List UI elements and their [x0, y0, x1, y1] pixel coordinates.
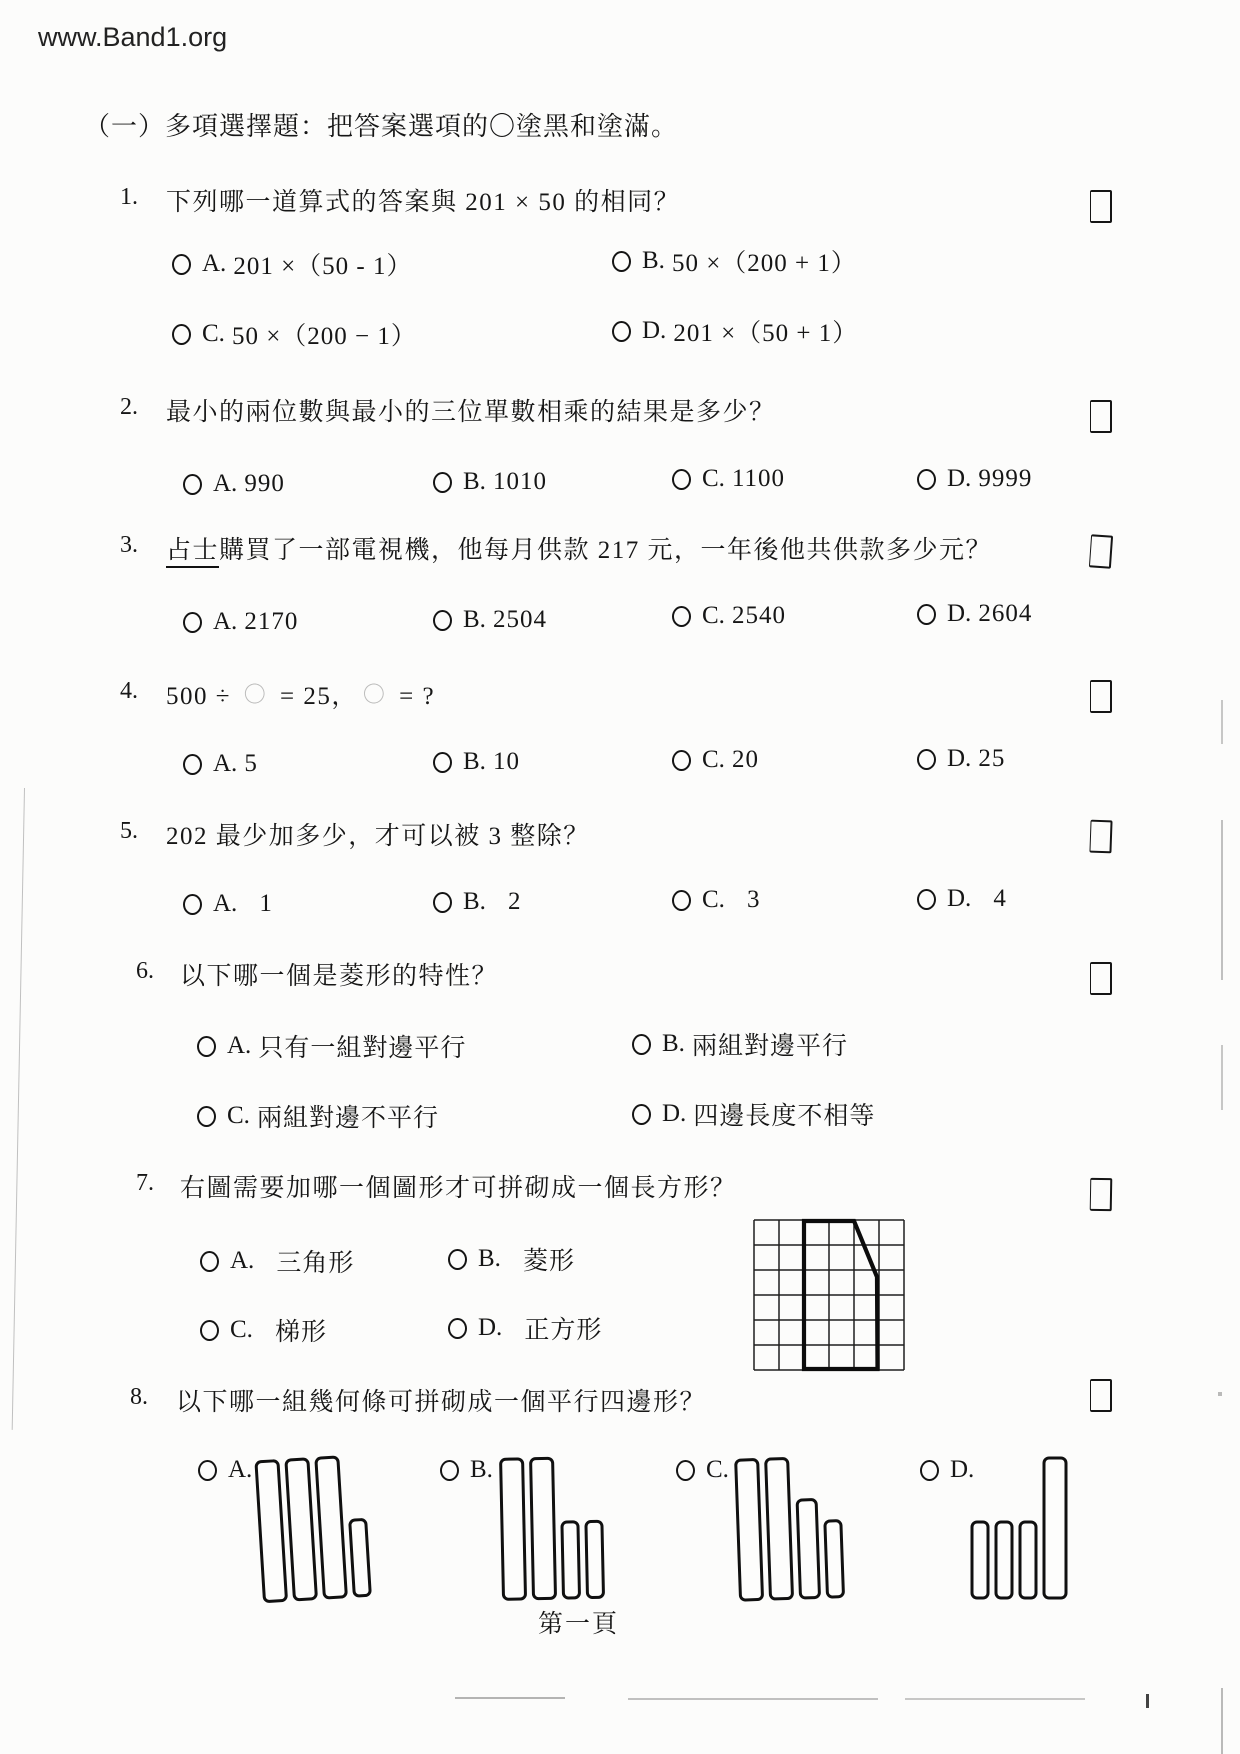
bubble-icon[interactable] [612, 321, 631, 342]
bubble-icon[interactable] [632, 1104, 651, 1125]
scan-artifact-tick [1146, 1694, 1149, 1708]
q6-option-c[interactable]: C. 兩組對邊不平行 [197, 1098, 439, 1134]
q2-option-b[interactable]: B. 1010 [433, 468, 547, 496]
question-2-text: 最小的兩位數與最小的三位單數相乘的結果是多少？ [166, 392, 776, 428]
option-text: 10 [493, 748, 520, 776]
option-label: C. [230, 1316, 253, 1344]
q7-option-c[interactable]: C. 梯形 [200, 1312, 327, 1348]
q7-option-d[interactable]: D. 正方形 [448, 1310, 602, 1346]
option-text: 四邊長度不相等 [693, 1096, 875, 1132]
bubble-icon[interactable] [920, 1460, 939, 1481]
bubble-icon[interactable] [172, 324, 191, 345]
bubble-icon[interactable] [183, 894, 202, 915]
q3-option-d[interactable]: D. 2604 [917, 600, 1032, 628]
option-label: C. [702, 746, 725, 774]
scan-artifact-bottom-line [628, 1698, 878, 1700]
bubble-icon[interactable] [448, 1249, 467, 1270]
q4-option-b[interactable]: B. 10 [433, 748, 520, 776]
q4-option-d[interactable]: D. 25 [917, 745, 1005, 773]
eq-part: = ? [391, 683, 435, 710]
question-1-text: 下列哪一道算式的答案與 201 × 50 的相同？ [166, 182, 680, 218]
q2-option-a[interactable]: A. 990 [183, 470, 285, 498]
option-label: A. [213, 470, 237, 498]
option-label: A. [228, 1456, 252, 1484]
q4-option-a[interactable]: A. 5 [183, 750, 258, 778]
answer-box-q1[interactable] [1090, 190, 1112, 223]
bubble-icon[interactable] [197, 1106, 216, 1127]
option-label: A. [213, 608, 237, 636]
q1-option-d[interactable]: D. 201 ×（50 + 1） [612, 313, 858, 349]
bubble-icon[interactable] [433, 472, 452, 493]
option-text: 201 ×（50 - 1） [233, 246, 412, 282]
scan-artifact-right-edge [1221, 820, 1223, 980]
option-text: 兩組對邊平行 [692, 1026, 848, 1062]
answer-box-q2[interactable] [1090, 400, 1112, 433]
bubble-icon[interactable] [672, 469, 691, 490]
option-text: 菱形 [523, 1241, 575, 1277]
option-text: 4 [993, 885, 1007, 913]
option-text: 25 [978, 745, 1005, 773]
option-label: A. [227, 1032, 251, 1060]
option-text: 50 ×（200 − 1） [232, 316, 417, 352]
q6-option-b[interactable]: B. 兩組對邊平行 [632, 1026, 848, 1062]
question-8-text: 以下哪一組幾何條可拼砌成一個平行四邊形？ [176, 1382, 706, 1418]
watermark-url: www.Band1.org [38, 22, 227, 53]
q8-option-b[interactable]: B. [440, 1456, 500, 1484]
grid-figure [750, 1216, 908, 1374]
question-8-number: 8. [130, 1384, 148, 1411]
question-3-text: 占士購買了一部電視機，他每月供款 217 元，一年後他共供款多少元？ [166, 530, 992, 566]
bubble-icon[interactable] [917, 604, 936, 625]
option-text: 1010 [493, 468, 547, 496]
option-label: A. [230, 1247, 254, 1275]
option-text: 201 ×（50 + 1） [673, 313, 858, 349]
option-label: A. [202, 250, 226, 278]
answer-box-q3[interactable] [1089, 534, 1113, 568]
q1-option-a[interactable]: A. 201 ×（50 - 1） [172, 246, 413, 282]
option-text: 只有一組對邊平行 [258, 1028, 466, 1064]
page-number: 第一頁 [538, 1604, 619, 1640]
option-label: B. [470, 1456, 493, 1484]
strips-figure-b [498, 1449, 631, 1604]
q5-option-a[interactable]: A. 1 [183, 890, 273, 918]
q6-option-a[interactable]: A. 只有一組對邊平行 [197, 1028, 466, 1064]
bubble-icon[interactable] [440, 1460, 459, 1481]
bubble-icon[interactable] [917, 469, 936, 490]
scan-artifact-bottom-line [905, 1698, 1085, 1700]
question-5-text: 202 最少加多少，才可以被 3 整除？ [166, 816, 590, 852]
bubble-icon[interactable] [433, 752, 452, 773]
strips-figure-c [733, 1448, 868, 1604]
option-text: 1100 [732, 465, 785, 493]
q1-option-b[interactable]: B. 50 ×（200 + 1） [612, 243, 857, 279]
scan-artifact-left-line [12, 788, 26, 1430]
q3-option-b[interactable]: B. 2504 [433, 606, 547, 634]
faded-blank-circle: 〇 [244, 678, 268, 709]
answer-box-q8[interactable] [1090, 1379, 1112, 1412]
question-4-number: 4. [120, 678, 138, 705]
q8-option-c[interactable]: C. [676, 1456, 736, 1484]
option-text: 2170 [244, 608, 298, 636]
q1-option-c[interactable]: C. 50 ×（200 − 1） [172, 316, 417, 352]
option-label: B. [662, 1030, 685, 1058]
option-text: 正方形 [524, 1310, 602, 1346]
option-label: B. [463, 468, 486, 496]
bubble-icon[interactable] [672, 890, 691, 911]
scan-artifact-dot [1218, 1392, 1222, 1396]
section-title: （一）多項選擇題：把答案選項的〇塗黑和塗滿。 [84, 106, 678, 143]
option-text: 2 [508, 888, 522, 916]
scan-artifact-right-edge [1221, 1045, 1223, 1110]
option-label: B. [463, 748, 486, 776]
question-6-text: 以下哪一個是菱形的特性？ [180, 956, 498, 992]
q8-option-a[interactable]: A. [198, 1456, 259, 1484]
option-label: C. [227, 1102, 250, 1130]
option-text: 2604 [978, 600, 1032, 628]
option-text: 5 [244, 750, 258, 778]
option-text: 三角形 [276, 1243, 354, 1279]
option-label: C. [202, 320, 225, 348]
option-text: 兩組對邊不平行 [257, 1098, 439, 1134]
answer-box-q6[interactable] [1090, 962, 1112, 995]
question-7-text: 右圖需要加哪一個圖形才可拼砌成一個長方形？ [180, 1168, 737, 1204]
scan-artifact-bottom-line [455, 1697, 565, 1699]
answer-box-q7[interactable] [1090, 1178, 1113, 1211]
question-7-number: 7. [136, 1170, 154, 1197]
underlined-name: 占士 [166, 537, 219, 568]
strips-figure-d [970, 1450, 1100, 1602]
scan-artifact-right-edge [1221, 1688, 1223, 1754]
bubble-icon[interactable] [672, 606, 691, 627]
bubble-icon[interactable] [672, 750, 691, 771]
bubble-icon[interactable] [448, 1318, 467, 1339]
faded-blank-circle: 〇 [363, 678, 387, 709]
q3-option-c[interactable]: C. 2540 [672, 602, 786, 630]
option-text: 50 ×（200 + 1） [672, 243, 857, 279]
option-label: D. [947, 745, 971, 773]
bubble-icon[interactable] [183, 612, 202, 633]
option-label: D. [662, 1100, 686, 1128]
question-1-number: 1. [120, 184, 138, 211]
q2-option-d[interactable]: D. 9999 [917, 465, 1032, 493]
bubble-icon[interactable] [917, 889, 936, 910]
q6-option-d[interactable]: D. 四邊長度不相等 [632, 1096, 875, 1132]
bubble-icon[interactable] [917, 749, 936, 770]
q2-option-c[interactable]: C. 1100 [672, 465, 785, 493]
bubble-icon[interactable] [183, 754, 202, 775]
option-text: 梯形 [275, 1312, 327, 1348]
bubble-icon[interactable] [198, 1460, 217, 1481]
question-2-number: 2. [120, 394, 138, 421]
option-label: B. [463, 606, 486, 634]
q4-option-c[interactable]: C. 20 [672, 746, 759, 774]
option-label: B. [463, 888, 486, 916]
bubble-icon[interactable] [197, 1036, 216, 1057]
question-3-text-rest: 購買了一部電視機，他每月供款 217 元，一年後他共供款多少元？ [219, 537, 992, 564]
option-label: D. [947, 600, 971, 628]
q7-option-a[interactable]: A. 三角形 [200, 1243, 354, 1279]
bubble-icon[interactable] [200, 1251, 219, 1272]
option-label: D. [642, 317, 666, 345]
strips-figure-a [253, 1446, 392, 1606]
bubble-icon[interactable] [433, 892, 452, 913]
q5-option-b[interactable]: B. 2 [433, 888, 521, 916]
bubble-icon[interactable] [676, 1460, 695, 1481]
option-label: C. [706, 1456, 729, 1484]
question-4-text: 500 ÷ 〇 = 25，〇 = ? [166, 676, 435, 712]
bubble-icon[interactable] [612, 251, 631, 272]
q3-option-a[interactable]: A. 2170 [183, 608, 298, 636]
question-3-number: 3. [120, 532, 138, 559]
option-label: D. [478, 1314, 502, 1342]
option-label: D. [947, 885, 971, 913]
option-text: 3 [747, 886, 761, 914]
option-text: 990 [244, 470, 285, 498]
q5-option-c[interactable]: C. 3 [672, 886, 760, 914]
question-5-number: 5. [120, 818, 138, 845]
option-label: A. [213, 750, 237, 778]
bubble-icon[interactable] [200, 1320, 219, 1341]
q5-option-d[interactable]: D. 4 [917, 885, 1007, 913]
option-label: C. [702, 602, 725, 630]
option-label: B. [642, 247, 665, 275]
bubble-icon[interactable] [183, 474, 202, 495]
option-text: 1 [259, 890, 273, 918]
option-text: 9999 [978, 465, 1032, 493]
option-text: 2504 [493, 606, 547, 634]
scan-artifact-right-edge [1221, 700, 1223, 744]
option-text: 20 [732, 746, 759, 774]
option-label: B. [478, 1245, 501, 1273]
answer-box-q4[interactable] [1090, 680, 1112, 713]
eq-part: 500 ÷ [166, 683, 239, 710]
bubble-icon[interactable] [433, 610, 452, 631]
bubble-icon[interactable] [172, 254, 191, 275]
option-label: C. [702, 886, 725, 914]
question-6-number: 6. [136, 958, 154, 985]
eq-part: = 25， [272, 683, 358, 710]
answer-box-q5[interactable] [1089, 820, 1112, 854]
q7-option-b[interactable]: B. 菱形 [448, 1241, 575, 1277]
option-text: 2540 [732, 602, 786, 630]
bubble-icon[interactable] [632, 1034, 651, 1055]
option-label: A. [213, 890, 237, 918]
option-label: D. [947, 465, 971, 493]
option-label: C. [702, 465, 725, 493]
